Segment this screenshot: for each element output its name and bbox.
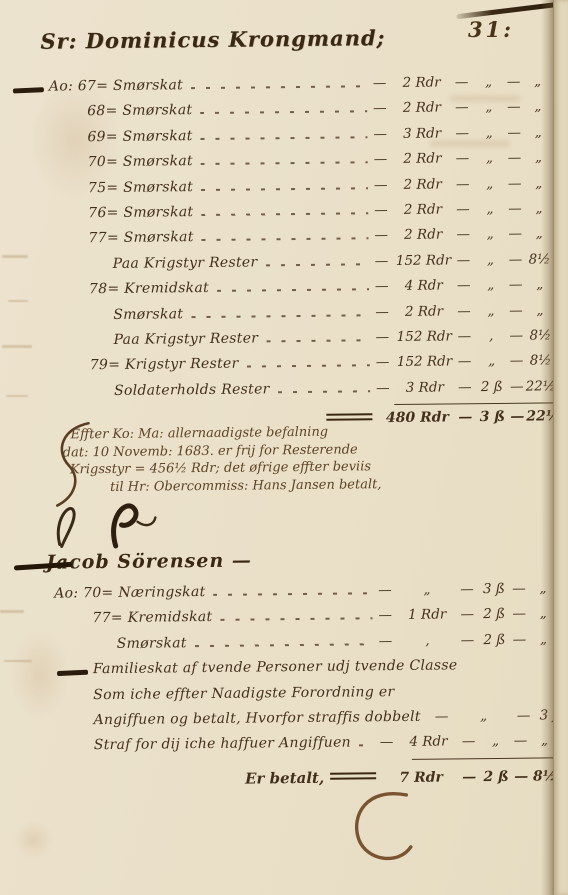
amount-skilling: —„ <box>455 99 507 116</box>
amount-rigsdaler: —1 Rdr <box>378 607 460 624</box>
row-amounts: —2 Rdr —„ —„ <box>373 73 553 91</box>
row-amounts: —2 Rdr —„ —„ <box>374 150 554 168</box>
dash-separator: — <box>507 124 521 140</box>
row-label: Familieskat af tvende Personer udj tvend… <box>93 658 458 678</box>
bleedthrough-mark <box>4 660 32 662</box>
dash-separator: — <box>510 409 524 425</box>
section2-total-row: Er betalt, 7 Rdr —2 ß —8½ <box>48 766 564 789</box>
amount-rigsdaler: —„ <box>378 581 460 598</box>
dash-separator: — <box>509 328 523 344</box>
row-label: Smørskat <box>113 306 183 323</box>
row-label: Angiffuen og betalt, Hvorfor straffis do… <box>93 709 420 728</box>
row-amounts: —, —2 ß —„ <box>379 631 559 649</box>
dash-separator: — <box>510 353 524 369</box>
row-amounts: —2 Rdr —„ —„ <box>374 175 554 193</box>
dash-separator: — <box>374 177 388 193</box>
dash-separator: — <box>380 734 394 750</box>
dash-separator: — <box>376 354 390 370</box>
row-amounts: —1 Rdr —2 ß —„ <box>378 606 558 624</box>
dash-separator: — <box>374 227 388 243</box>
bleedthrough-mark <box>0 610 24 613</box>
dash-separator: — <box>507 74 521 90</box>
amount-skilling: —2 ß <box>461 632 513 649</box>
manuscript-page: 31: Sr: Dominicus Krongmand; Ao: 67= Smø… <box>0 0 568 895</box>
dotted-leader <box>191 85 367 89</box>
amount-rigsdaler: —2 Rdr <box>375 303 457 320</box>
dotted-leader <box>201 212 368 216</box>
dash-separator: — <box>457 303 471 319</box>
dash-separator: — <box>457 328 471 344</box>
row-label: 77= Kremidskat <box>92 609 212 626</box>
dash-separator: — <box>512 606 526 622</box>
dash-separator: — <box>461 632 475 648</box>
dash-separator: — <box>456 201 470 217</box>
dash-separator: — <box>517 708 531 724</box>
row-label: 69= Smørskat <box>87 128 192 145</box>
amount-skilling: —„ <box>455 125 507 142</box>
section1-title: Sr: Dominicus Krongmand; <box>40 25 385 54</box>
row-label: Straf for dij iche haffuer Angiffuen <box>94 735 351 754</box>
amount-skilling: —„ <box>457 302 509 319</box>
dash-separator: — <box>457 277 471 293</box>
dash-separator: — <box>512 581 526 597</box>
section1-rows: Ao: 67= Smørskat —2 Rdr —„ —„ 68= Smørsk… <box>41 73 560 408</box>
amount-rigsdaler: —2 Rdr <box>373 100 455 117</box>
dotted-leader <box>278 390 370 393</box>
amount-rigsdaler: —152 Rdr <box>376 354 458 371</box>
dash-separator: — <box>514 769 528 785</box>
amount-skilling: —„ <box>456 201 508 218</box>
ledger-row: Soldaterholds Rester —3 Rdr —2 ß —22½ <box>44 378 560 409</box>
amount-skilling: —„ <box>456 175 508 192</box>
total-skilling: —2 ß <box>462 769 514 786</box>
row-label: Som iche effter Naadigste Forordning er <box>93 684 394 703</box>
dotted-leader <box>201 136 368 140</box>
amount-skilling: —„ <box>462 733 514 750</box>
dash-separator: — <box>508 175 522 191</box>
dash-separator: — <box>378 607 392 623</box>
bleedthrough-mark <box>2 255 28 258</box>
dash-separator: — <box>458 354 472 370</box>
dash-separator: — <box>373 100 387 116</box>
dash-separator: — <box>455 74 469 90</box>
bleedthrough-mark <box>8 300 28 302</box>
dotted-leader <box>220 618 372 622</box>
marginal-note: Effter Ko: Ma: allernaadigste befalningd… <box>62 422 493 496</box>
row-amounts: —3 Rdr —2 ß —22½ <box>376 378 556 396</box>
dash-separator: — <box>458 379 472 395</box>
row-label: Paa Krigstyr Rester <box>113 254 258 272</box>
row-label: 78= Kremidskat <box>89 280 209 297</box>
row-label: Ao: 70= Næringskat <box>54 584 205 602</box>
row-label: 79= Krigstyr Rester <box>90 356 239 374</box>
amount-rigsdaler: —2 Rdr <box>374 151 456 168</box>
amount-skilling: —2 ß <box>458 378 510 395</box>
folio-number: 31: <box>468 17 514 42</box>
dash-separator: — <box>508 226 522 242</box>
dash-separator: — <box>460 607 474 623</box>
row-label: 70= Smørskat <box>88 153 193 170</box>
double-rule-icon <box>326 413 372 420</box>
dotted-leader <box>191 314 369 318</box>
row-label: Paa Krigstyr Rester <box>113 330 258 348</box>
row-amounts: —152 Rdr —„ —8½ <box>375 251 555 269</box>
amount-skilling: —„ <box>456 226 508 243</box>
dotted-leader <box>265 263 368 266</box>
row-amounts: —„ —3 ß —„ <box>378 580 558 598</box>
row-amounts: —152 Rdr —, —8½ <box>375 327 555 345</box>
amount-skilling: —„ <box>457 277 509 294</box>
dash-separator: — <box>514 733 528 749</box>
dotted-leader <box>214 592 373 596</box>
row-label: Soldaterholds Rester <box>114 381 270 399</box>
dash-separator: — <box>456 227 470 243</box>
dash-separator: — <box>374 151 388 167</box>
dotted-leader <box>247 365 370 368</box>
dash-separator: — <box>460 581 474 597</box>
row-amounts: —152 Rdr —„ —8½ <box>376 353 556 371</box>
row-label: 68= Smørskat <box>87 103 192 120</box>
row-label: Smørskat <box>117 635 187 652</box>
paper-stain <box>14 820 54 860</box>
dash-separator: — <box>375 253 389 269</box>
row-label: Ao: 67= Smørskat <box>49 77 183 94</box>
total-amounts: 7 Rdr —2 ß —8½ <box>380 768 560 786</box>
row-label: 75= Smørskat <box>88 179 193 196</box>
row-amounts: —4 Rdr —„ —„ <box>380 733 560 751</box>
amount-rigsdaler: —152 Rdr <box>375 252 457 269</box>
dash-separator: — <box>373 126 387 142</box>
amount-rigsdaler: —152 Rdr <box>375 328 457 345</box>
row-amounts: —4 Rdr —„ —„ <box>375 276 555 294</box>
amount-rigsdaler: —3 Rdr <box>376 379 458 396</box>
sum-rule <box>412 757 560 760</box>
amount-rigsdaler: —, <box>379 632 461 649</box>
dotted-leader <box>217 288 369 292</box>
dash-separator: — <box>513 631 527 647</box>
dash-separator: — <box>456 176 470 192</box>
amount-rigsdaler: —4 Rdr <box>380 734 462 751</box>
amount-rigsdaler: —3 Rdr <box>373 125 455 142</box>
dash-separator: — <box>457 252 471 268</box>
amount-rigsdaler: —2 Rdr <box>374 176 456 193</box>
dash-separator: — <box>373 75 387 91</box>
dash-separator: — <box>509 277 523 293</box>
dotted-leader <box>201 161 368 165</box>
section2-rows: Ao: 70= Næringskat —„ —3 ß —„ 77= Kremid… <box>46 580 564 763</box>
bleedthrough-mark <box>6 395 28 397</box>
row-amounts: —2 Rdr —„ —„ <box>373 99 553 117</box>
dash-separator: — <box>376 380 390 396</box>
dotted-leader <box>200 111 367 115</box>
bleedthrough-mark <box>2 345 32 348</box>
pen-flourish-icon <box>49 497 200 551</box>
dash-separator: — <box>375 329 389 345</box>
row-amounts: —2 Rdr —„ —„ <box>375 302 555 320</box>
dotted-leader <box>201 187 368 191</box>
row-amounts: —3 Rdr —„ —„ <box>373 124 553 142</box>
amount-skilling: —„ <box>455 74 507 91</box>
adjacent-page-edge <box>553 0 568 895</box>
dotted-leader <box>359 745 374 747</box>
dash-separator: — <box>462 734 476 750</box>
amount-skilling: —3 ß <box>460 581 512 598</box>
dash-separator: — <box>508 201 522 217</box>
row-label: 76= Smørskat <box>88 204 193 221</box>
dash-separator: — <box>462 769 476 785</box>
dash-separator: — <box>509 251 523 267</box>
dash-separator: — <box>379 633 393 649</box>
dash-separator: — <box>507 99 521 115</box>
amount-rigsdaler: —2 Rdr <box>374 227 456 244</box>
double-rule-icon <box>330 772 376 779</box>
dash-separator: — <box>510 378 524 394</box>
amount-skilling: —„ <box>457 252 509 269</box>
dash-separator: — <box>378 582 392 598</box>
dash-separator: — <box>456 150 470 166</box>
amount-skilling: —„ <box>456 150 508 167</box>
section2-title: Jacob Sörensen — <box>46 550 252 574</box>
dash-separator: — <box>435 708 449 724</box>
amount-rigsdaler: —2 Rdr <box>373 74 455 91</box>
amount-skilling: —„ <box>458 353 510 370</box>
dash-separator: — <box>455 125 469 141</box>
dash-separator: — <box>375 278 389 294</box>
page-content: Sr: Dominicus Krongmand; Ao: 67= Smørska… <box>40 0 556 3</box>
closing-flourish-icon <box>348 787 421 870</box>
total-rigsdaler: 7 Rdr <box>380 769 462 786</box>
dash-separator: — <box>375 304 389 320</box>
amount-skilling: —2 ß <box>460 606 512 623</box>
dash-separator: — <box>455 100 469 116</box>
amount-rigsdaler: —4 Rdr <box>375 277 457 294</box>
dotted-leader <box>266 339 369 342</box>
dotted-leader <box>195 643 373 647</box>
amount-rigsdaler: —2 Rdr <box>374 201 456 218</box>
dash-separator: — <box>374 202 388 218</box>
total-label: Er betalt, <box>245 769 324 788</box>
dotted-leader <box>202 238 369 242</box>
dash-separator: — <box>509 302 523 318</box>
row-amounts: —2 Rdr —„ —„ <box>374 200 554 218</box>
dash-separator: — <box>508 150 522 166</box>
row-label: 77= Smørskat <box>88 229 193 246</box>
row-amounts: —2 Rdr —„ —„ <box>374 226 554 244</box>
amount-rigsdaler: —„ <box>435 708 517 725</box>
amount-skilling: —, <box>457 328 509 345</box>
